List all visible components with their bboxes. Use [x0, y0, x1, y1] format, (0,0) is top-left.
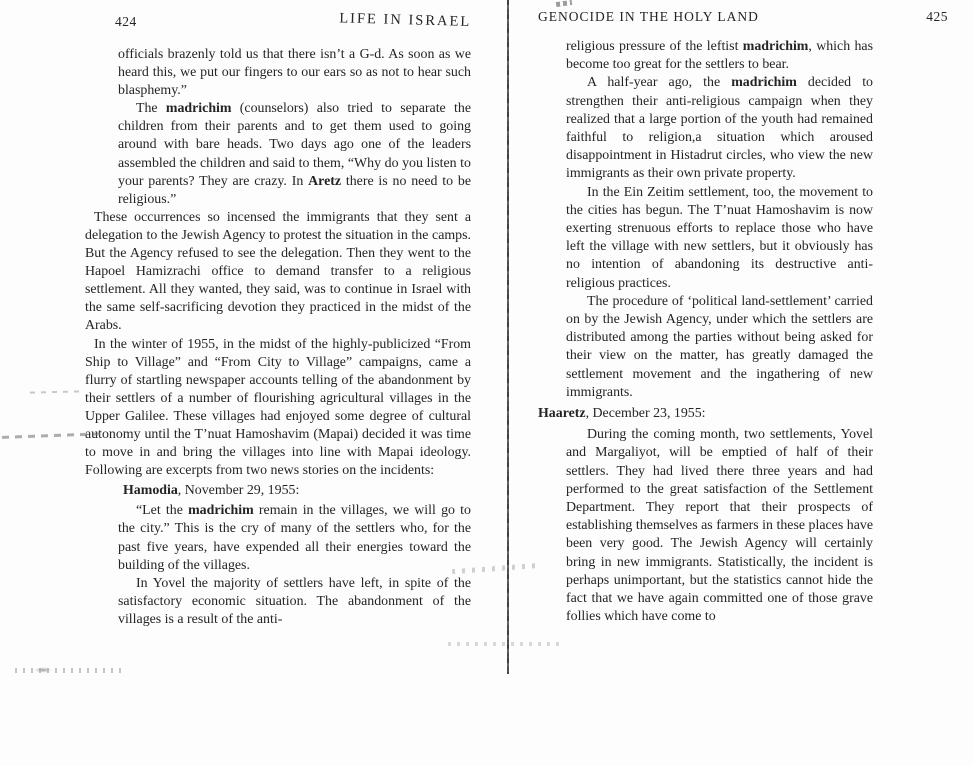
quote-paragraph: “Let the madrichim remain in the village… [118, 502, 471, 574]
text-run: In the winter of 1955, in the midst of t… [85, 337, 471, 479]
citation-line: Haaretz, December 23, 1955: [538, 405, 873, 423]
left-page-number: 424 [115, 14, 137, 30]
bold-term: madrichim [731, 75, 797, 90]
bold-term: Hamodia [123, 483, 178, 498]
right-page-text: religious pressure of the leftist madric… [538, 38, 873, 627]
right-page-header: GENOCIDE IN THE HOLY LAND 425 [538, 9, 948, 25]
quote-paragraph: During the coming month, two settlements… [566, 426, 873, 626]
left-page-header: 424 LIFE IN ISRAEL [85, 14, 471, 31]
bold-term: Haaretz [538, 406, 586, 421]
page-gutter-line [507, 0, 509, 674]
quote-paragraph: religious pressure of the leftist madric… [566, 38, 873, 74]
text-run: “Let the [136, 503, 188, 518]
bold-term: madrichim [188, 503, 254, 518]
left-page: 424 LIFE IN ISRAEL officials brazenly to… [0, 0, 507, 766]
bold-term: madrichim [743, 39, 809, 54]
text-run: In the Ein Zeitim settlement, too, the m… [566, 185, 873, 291]
text-run: A half-year ago, the [587, 75, 731, 90]
quote-paragraph: In Yovel the majority of settlers have l… [118, 575, 471, 629]
text-run: , November 29, 1955: [178, 483, 300, 498]
text-run: The procedure of ‘political land-settlem… [566, 294, 873, 400]
text-run: officials brazenly told us that there is… [118, 47, 471, 98]
text-run: , December 23, 1955: [586, 406, 706, 421]
text-run: religious pressure of the leftist [566, 39, 743, 54]
text-run: These occurrences so incensed the immigr… [85, 210, 471, 334]
body-paragraph: These occurrences so incensed the immigr… [85, 209, 471, 336]
quote-paragraph: A half-year ago, the madrichim decided t… [566, 74, 873, 183]
right-page-number: 425 [926, 9, 948, 25]
right-page: GENOCIDE IN THE HOLY LAND 425 religious … [509, 0, 973, 766]
left-running-header: LIFE IN ISRAEL [339, 10, 471, 31]
bold-term: Aretz [308, 174, 341, 189]
quote-paragraph: The madrichim (counselors) also tried to… [118, 100, 471, 209]
text-run: During the coming month, two settlements… [566, 427, 873, 624]
quote-paragraph: The procedure of ‘political land-settlem… [566, 293, 873, 402]
bold-term: madrichim [166, 101, 232, 116]
right-running-header: GENOCIDE IN THE HOLY LAND [538, 9, 759, 25]
quote-paragraph: officials brazenly told us that there is… [118, 46, 471, 100]
left-page-text: officials brazenly told us that there is… [85, 46, 471, 629]
text-run: decided to strengthen their anti-religio… [566, 75, 873, 181]
book-spread-scan: 424 LIFE IN ISRAEL officials brazenly to… [0, 0, 973, 766]
text-run: The [136, 101, 166, 116]
body-paragraph: In the winter of 1955, in the midst of t… [85, 336, 471, 481]
quote-paragraph: In the Ein Zeitim settlement, too, the m… [566, 184, 873, 293]
citation-line: Hamodia, November 29, 1955: [123, 482, 471, 500]
text-run: In Yovel the majority of settlers have l… [118, 576, 471, 627]
